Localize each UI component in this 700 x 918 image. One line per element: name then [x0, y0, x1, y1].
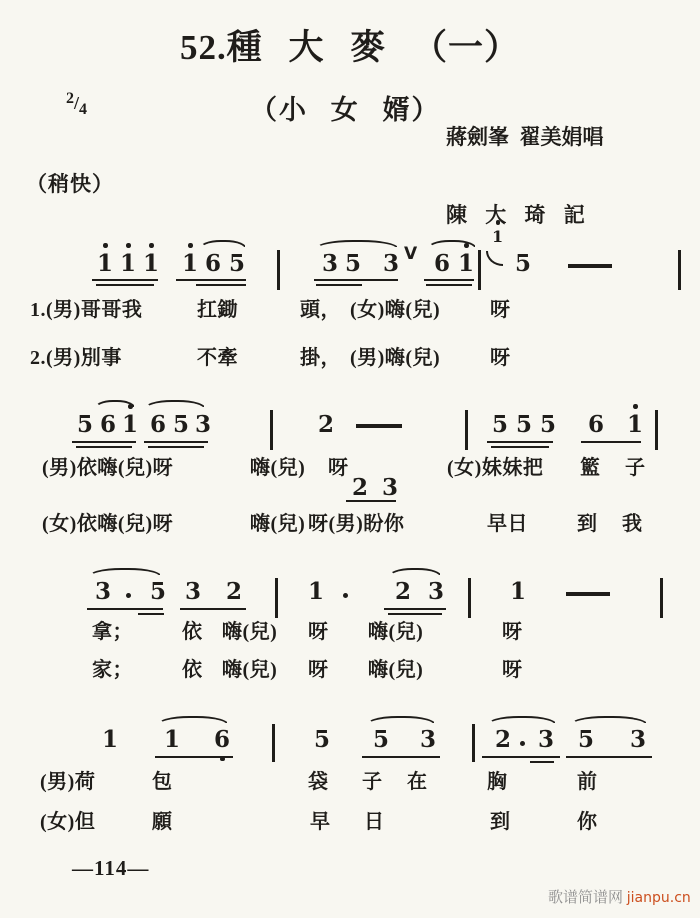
lyric-segment: (女)依嗨(兒)呀	[42, 514, 173, 534]
jianpu-note: 1	[458, 252, 474, 275]
jianpu-note: 1	[510, 580, 526, 603]
beam-underline	[72, 441, 136, 443]
jianpu-note: 3	[630, 728, 646, 751]
jianpu-note: 1	[164, 728, 180, 751]
beam-underline	[96, 284, 154, 286]
lyric-segment: 拿；	[92, 622, 133, 642]
lyric-segment: 我	[622, 514, 643, 534]
lyric-segment: 呀(男)盼你	[308, 514, 404, 534]
slur-tie	[94, 400, 136, 409]
jianpu-note: 3	[95, 580, 111, 603]
lyric-segment: (男)依嗨(兒)呀	[42, 458, 173, 478]
sustain-dash	[568, 264, 612, 268]
lyric-segment: 日	[364, 812, 385, 832]
beam-underline	[426, 284, 472, 286]
jianpu-note: 2	[495, 728, 511, 751]
lyric-segment: 嗨(兒)	[222, 660, 277, 680]
jianpu-note: 5	[314, 728, 330, 751]
beam-underline	[566, 756, 652, 758]
jianpu-note: 5	[150, 580, 166, 603]
slur-tie	[366, 716, 436, 725]
lyric-segment: 子	[362, 772, 383, 792]
jianpu-note: 5	[373, 728, 389, 751]
beam-underline	[92, 279, 158, 281]
jianpu-note: 5	[345, 252, 361, 275]
jianpu-note: 3	[383, 252, 399, 275]
jianpu-note: 5	[578, 728, 594, 751]
beam-underline	[144, 441, 208, 443]
jianpu-note: 3	[428, 580, 444, 603]
lyric-segment: 籃	[580, 458, 601, 478]
lyric-segment: 胸	[487, 772, 508, 792]
beam-underline	[316, 284, 362, 286]
slur-tie	[199, 240, 247, 249]
slur-tie	[144, 400, 206, 409]
lyric-segment: 包	[152, 772, 173, 792]
octave-dot-high	[633, 404, 638, 409]
lyric-segment: 袋	[308, 772, 329, 792]
beam-underline	[530, 761, 554, 763]
jianpu-note: 5	[540, 413, 556, 436]
lyric-segment: (男)嗨(兒)	[350, 348, 440, 368]
lyric-segment: 呀	[490, 300, 511, 320]
beam-underline	[314, 279, 398, 281]
jianpu-note: 6	[434, 252, 450, 275]
lyric-segment: 嗨(兒)	[250, 458, 305, 478]
beam-underline	[148, 446, 204, 448]
barline	[468, 578, 471, 618]
beam-underline	[76, 446, 132, 448]
lyric-segment: 願	[152, 812, 173, 832]
jianpu-note: 3	[185, 580, 201, 603]
barline	[270, 410, 273, 450]
jianpu-note: 1	[143, 252, 159, 275]
barline	[465, 410, 468, 450]
beam-underline	[491, 446, 549, 448]
beam-underline	[424, 279, 474, 281]
jianpu-note: 6	[588, 413, 604, 436]
watermark-site-name: 歌谱简谱网	[548, 890, 627, 906]
dotted-rhythm-dot	[343, 593, 348, 598]
lyric-segment: 扛鋤	[197, 300, 238, 320]
beam-underline	[196, 284, 246, 286]
lyric-segment: 呀	[490, 348, 511, 368]
lyric-segment: 呀	[328, 458, 349, 478]
lyric-segment: 在	[407, 772, 428, 792]
beam-underline	[180, 608, 246, 610]
lyric-segment: 不牽	[197, 348, 238, 368]
jianpu-note: 6	[150, 413, 166, 436]
jianpu-note: 5	[77, 413, 93, 436]
octave-dot-high	[103, 243, 108, 248]
jianpu-note: 3	[420, 728, 436, 751]
grace-note: 1	[492, 229, 503, 245]
jianpu-note: 3	[382, 476, 398, 499]
lyric-segment: 呀	[502, 622, 523, 642]
lyric-segment: 到	[577, 514, 598, 534]
lyric-segment: 嗨(兒)	[368, 622, 423, 642]
octave-dot-high	[496, 220, 501, 225]
slur-tie	[88, 568, 162, 577]
slur-tie	[487, 716, 557, 725]
jianpu-note: 3	[538, 728, 554, 751]
lyric-segment: 你	[577, 812, 598, 832]
lyric-segment: (男)荷	[40, 772, 95, 792]
lyric-segment: (女)嗨(兒)	[350, 300, 440, 320]
jianpu-note: 1	[102, 728, 118, 751]
watermark: 歌谱简谱网 jianpu.cn	[548, 886, 691, 907]
beam-underline	[362, 756, 440, 758]
sustain-dash	[356, 424, 402, 428]
octave-dot-high	[188, 243, 193, 248]
lyric-segment: (女)妹妹把	[447, 458, 543, 478]
lyric-segment: 1.(男)哥哥我	[30, 300, 142, 320]
portamento-slide-curve	[486, 251, 503, 266]
octave-dot-high	[126, 243, 131, 248]
jianpu-note: 3	[195, 413, 211, 436]
jianpu-note: 2	[318, 413, 334, 436]
lyric-segment: 子	[625, 458, 646, 478]
lyric-segment: 早	[310, 812, 331, 832]
jianpu-note: 1	[120, 252, 136, 275]
beam-underline	[384, 608, 446, 610]
score-area: 111165353V611556165325556123353212311165…	[0, 0, 700, 918]
beam-underline	[346, 500, 396, 502]
lyric-segment: 2.(男)別事	[30, 348, 122, 368]
jianpu-note: 5	[516, 413, 532, 436]
beam-underline	[176, 279, 246, 281]
lyric-segment: 依	[182, 660, 203, 680]
lyric-segment: 呀	[308, 660, 329, 680]
jianpu-note: 5	[229, 252, 245, 275]
barline	[275, 578, 278, 618]
lyric-segment: 依	[182, 622, 203, 642]
dotted-rhythm-dot	[126, 593, 131, 598]
barline	[472, 724, 475, 762]
jianpu-note: 6	[214, 728, 230, 751]
jianpu-note: 1	[308, 580, 324, 603]
watermark-site-url: jianpu.cn	[627, 890, 691, 906]
jianpu-note: 6	[100, 413, 116, 436]
beam-underline	[138, 613, 164, 615]
beam-underline	[388, 613, 442, 615]
lyric-segment: 家；	[92, 660, 133, 680]
lyric-segment: 呀	[308, 622, 329, 642]
jianpu-note: 3	[322, 252, 338, 275]
jianpu-note: 1	[122, 413, 138, 436]
jianpu-note: 5	[492, 413, 508, 436]
jianpu-note: 5	[173, 413, 189, 436]
sustain-dash	[566, 592, 610, 596]
jianpu-note: 6	[205, 252, 221, 275]
jianpu-note: 1	[97, 252, 113, 275]
lyric-segment: 頭，	[300, 300, 341, 320]
barline	[272, 724, 275, 762]
lyric-segment: 呀	[502, 660, 523, 680]
octave-dot-high	[149, 243, 154, 248]
lyric-segment: 早日	[487, 514, 528, 534]
page-number: —114—	[72, 856, 149, 881]
slur-tie	[157, 716, 229, 725]
dotted-rhythm-dot	[520, 741, 525, 746]
jianpu-note: 2	[226, 580, 242, 603]
lyric-segment: 嗨(兒)	[222, 622, 277, 642]
lyric-segment: (女)但	[40, 812, 95, 832]
beam-underline	[581, 441, 641, 443]
jianpu-note: 5	[515, 252, 531, 275]
lyric-segment: 掛，	[300, 348, 341, 368]
lyric-segment: 前	[577, 772, 598, 792]
beam-underline	[87, 608, 163, 610]
jianpu-note: 2	[352, 476, 368, 499]
slur-tie	[570, 716, 648, 725]
lyric-segment: 嗨(兒)	[368, 660, 423, 680]
lyric-segment: 到	[490, 812, 511, 832]
slur-tie	[315, 240, 399, 249]
jianpu-note: 1	[182, 252, 198, 275]
slur-tie	[427, 240, 477, 249]
barline	[478, 250, 481, 290]
slur-tie	[388, 568, 442, 577]
sheet-music-page: 52.種 大 麥 （一） 2/4 （小 女 婿） 蔣劍峯 翟美娟唱 陳 大 琦 …	[0, 0, 700, 918]
beam-underline	[482, 756, 560, 758]
barline	[678, 250, 681, 290]
barline	[655, 410, 658, 450]
beam-underline	[155, 756, 233, 758]
barline	[277, 250, 280, 290]
jianpu-note: 1	[627, 413, 643, 436]
lyric-segment: 嗨(兒)	[250, 514, 305, 534]
breath-mark: V	[404, 246, 417, 263]
jianpu-note: 2	[395, 580, 411, 603]
beam-underline	[487, 441, 553, 443]
barline	[660, 578, 663, 618]
